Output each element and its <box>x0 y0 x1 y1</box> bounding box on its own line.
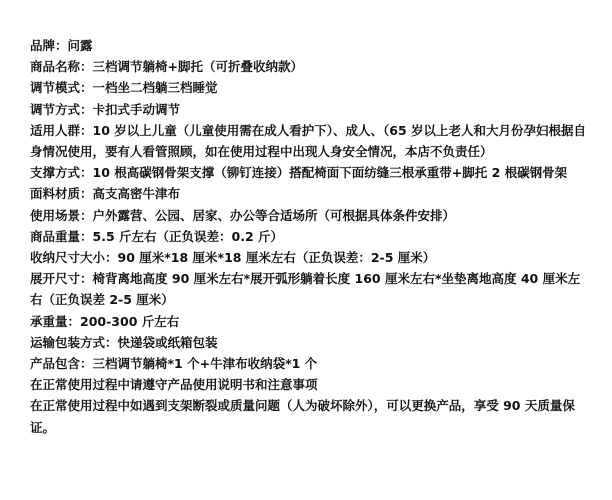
spec-value: 90 厘米*18 厘米*18 厘米左右（正负误差：2-5 厘米） <box>118 250 436 265</box>
spec-label: 产品包含： <box>30 356 93 371</box>
spec-value: 200-300 斤左右 <box>80 314 179 329</box>
spec-value: 5.5 斤左右（正负误差：0.2 斤） <box>93 229 284 244</box>
spec-value: 10 岁以上儿童（儿童使用需在成人看护下）、成人、（65 岁以上老人和大月份孕妇… <box>30 123 586 159</box>
spec-brand: 品牌：问露 <box>30 35 590 56</box>
spec-adjust-method: 调节方式：卡扣式手动调节 <box>30 99 590 120</box>
spec-fabric-material: 面料材质：高支高密牛津布 <box>30 183 590 204</box>
spec-value: 10 根高碳钢骨架支撑（铆钉连接）搭配椅面下面纺缝三根承重带+脚托 2 根碳钢骨… <box>93 165 568 180</box>
spec-unfolded-size: 展开尺寸：椅背离地高度 90 厘米左右*展开弧形躺着长度 160 厘米左右*坐垫… <box>30 268 590 310</box>
spec-folded-size: 收纳尺寸大小：90 厘米*18 厘米*18 厘米左右（正负误差：2-5 厘米） <box>30 247 590 268</box>
spec-value: 卡扣式手动调节 <box>93 102 181 117</box>
spec-package-contents: 产品包含：三档调节躺椅*1 个+牛津布收纳袋*1 个 <box>30 353 590 374</box>
spec-value: 三档调节躺椅+脚托（可折叠收纳款） <box>93 59 303 74</box>
usage-notice: 在正常使用过程中请遵守产品使用说明书和注意事项 <box>30 374 590 395</box>
spec-value: 问露 <box>68 38 93 53</box>
spec-label: 调节方式： <box>30 102 93 117</box>
spec-value: 一档坐二档躺三档睡觉 <box>93 80 218 95</box>
spec-product-name: 商品名称：三档调节躺椅+脚托（可折叠收纳款） <box>30 56 590 77</box>
spec-value: 在正常使用过程中如遇到支架断裂或质量问题（人为破坏除外），可以更换产品，享受 9… <box>30 398 575 434</box>
spec-label: 品牌： <box>30 38 68 53</box>
spec-adjust-mode: 调节模式：一档坐二档躺三档睡觉 <box>30 77 590 98</box>
spec-label: 商品名称： <box>30 59 93 74</box>
spec-label: 调节模式： <box>30 80 93 95</box>
spec-packaging: 运输包装方式：快递袋或纸箱包装 <box>30 332 590 353</box>
spec-value: 户外露营、公园、居家、办公等合适场所（可根据具体条件安排） <box>93 208 456 223</box>
spec-label: 面料材质： <box>30 186 93 201</box>
spec-label: 运输包装方式： <box>30 335 118 350</box>
spec-label: 承重量： <box>30 314 80 329</box>
spec-load-capacity: 承重量：200-300 斤左右 <box>30 311 590 332</box>
spec-usage-scenarios: 使用场景：户外露营、公园、居家、办公等合适场所（可根据具体条件安排） <box>30 205 590 226</box>
spec-label: 展开尺寸： <box>30 271 93 286</box>
spec-label: 使用场景： <box>30 208 93 223</box>
spec-value: 快递袋或纸箱包装 <box>118 335 218 350</box>
spec-label: 适用人群： <box>30 123 93 138</box>
spec-value: 高支高密牛津布 <box>93 186 181 201</box>
spec-value: 三档调节躺椅*1 个+牛津布收纳袋*1 个 <box>93 356 318 371</box>
spec-value: 椅背离地高度 90 厘米左右*展开弧形躺着长度 160 厘米左右*坐垫离地高度 … <box>30 271 580 307</box>
warranty-notice: 在正常使用过程中如遇到支架断裂或质量问题（人为破坏除外），可以更换产品，享受 9… <box>30 395 590 437</box>
product-spec-document: 品牌：问露 商品名称：三档调节躺椅+脚托（可折叠收纳款） 调节模式：一档坐二档躺… <box>30 35 590 438</box>
spec-value: 在正常使用过程中请遵守产品使用说明书和注意事项 <box>30 377 318 392</box>
spec-label: 商品重量： <box>30 229 93 244</box>
spec-support-method: 支撑方式：10 根高碳钢骨架支撑（铆钉连接）搭配椅面下面纺缝三根承重带+脚托 2… <box>30 162 590 183</box>
spec-weight: 商品重量：5.5 斤左右（正负误差：0.2 斤） <box>30 226 590 247</box>
spec-label: 收纳尺寸大小： <box>30 250 118 265</box>
spec-target-users: 适用人群：10 岁以上儿童（儿童使用需在成人看护下）、成人、（65 岁以上老人和… <box>30 120 590 162</box>
spec-label: 支撑方式： <box>30 165 93 180</box>
